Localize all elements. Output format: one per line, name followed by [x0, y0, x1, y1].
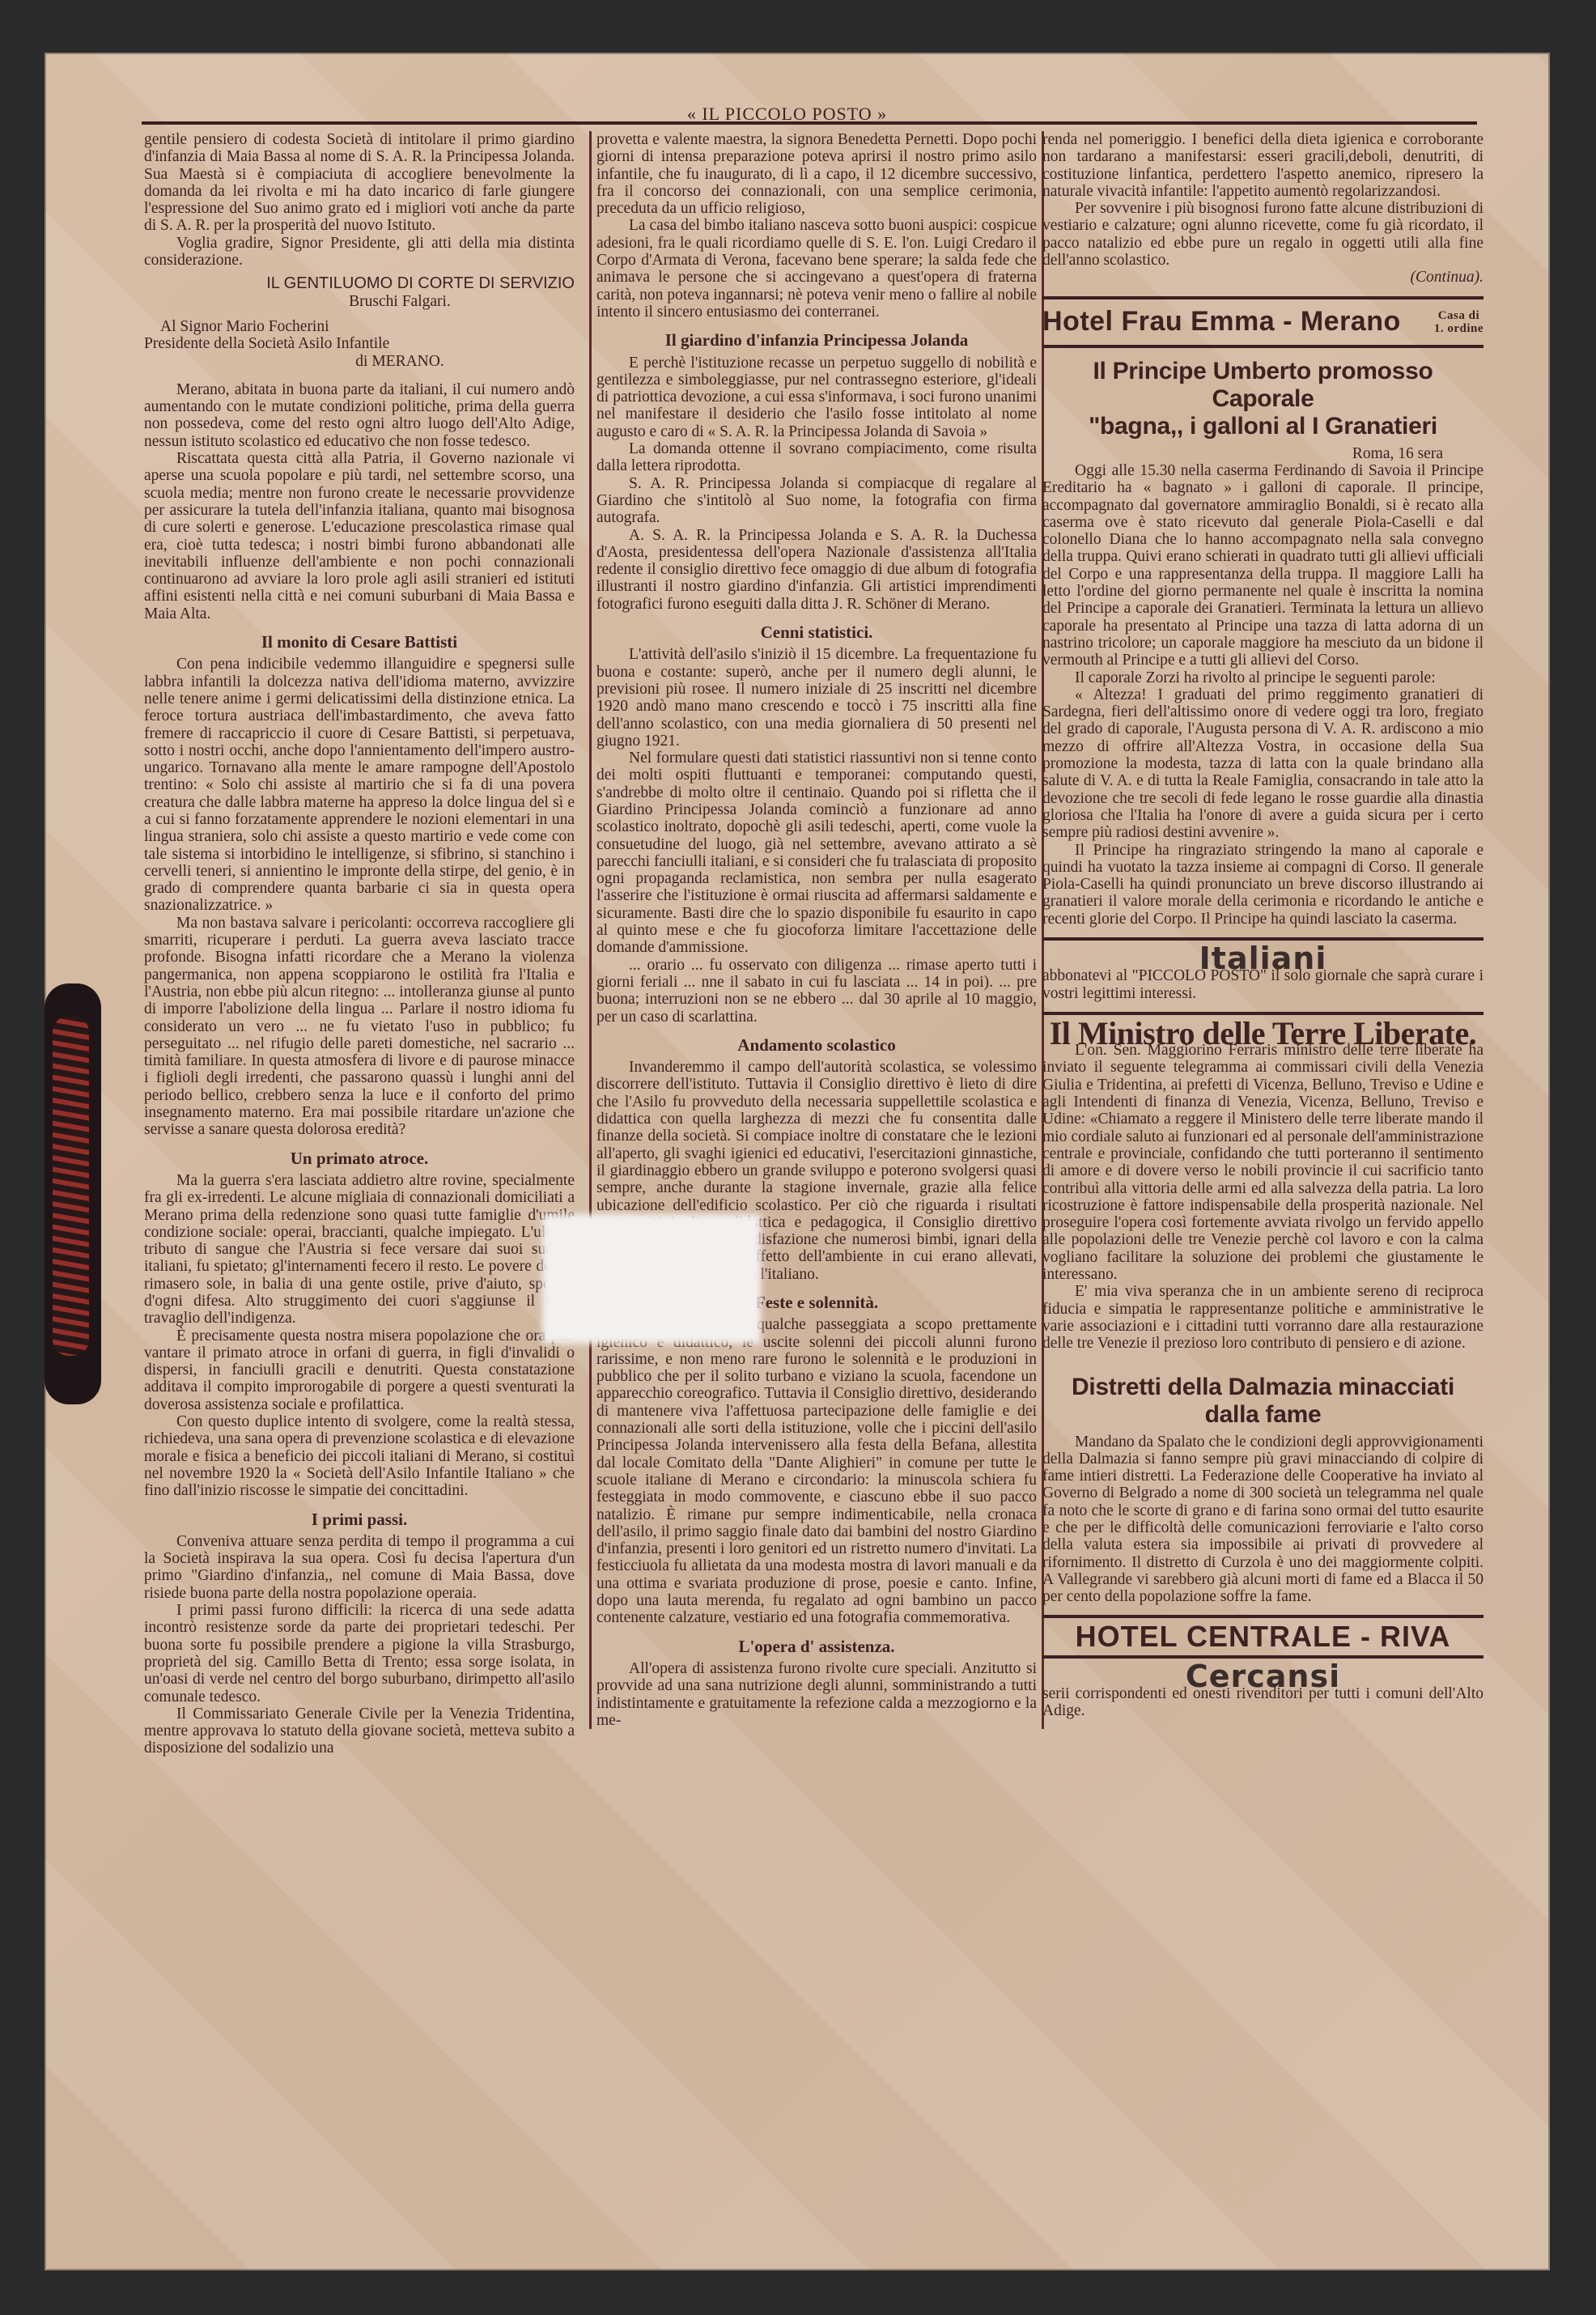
paragraph: All'opera di assistenza furono rivolte c… [596, 1660, 1037, 1729]
ad-cercansi-text: serii corrispondenti ed onesti rivendito… [1042, 1685, 1484, 1720]
paragraph: gentile pensiero di codesta Società di i… [144, 131, 575, 235]
paragraph: Voglia gradire, Signor Presidente, gli a… [144, 235, 575, 270]
addressee-line: Presidente della Società Asilo Infantile [144, 335, 575, 352]
paragraph: I primi passi furono difficili: la ricer… [144, 1602, 575, 1705]
section-heading: I primi passi. [144, 1511, 575, 1528]
paragraph: A prescindere da qualche passeggiata a s… [596, 1316, 1037, 1626]
paragraph: A. S. A. R. la Principessa Jolanda e S. … [596, 527, 1037, 613]
section-heading: L'opera d' assistenza. [596, 1638, 1037, 1655]
paragraph: È precisamente questa nostra misera popo… [144, 1327, 575, 1413]
paragraph: Con questo duplice intento di svolgere, … [144, 1413, 575, 1499]
paragraph: S. A. R. Principessa Jolanda si compiacq… [596, 475, 1037, 527]
top-rule [142, 121, 1477, 125]
paragraph: Il Commissariato Generale Civile per la … [144, 1705, 575, 1757]
paragraph: Il caporale Zorzi ha rivolto al principe… [1042, 669, 1484, 686]
paragraph: Nel formulare questi dati statistici ria… [596, 750, 1037, 957]
paragraph: Ma la guerra s'era lasciata addietro alt… [144, 1172, 575, 1327]
paragraph: Merano, abitata in buona parte da italia… [144, 381, 575, 450]
paragraph: E perchè l'istituzione recasse un perpet… [596, 355, 1037, 440]
ad-note: Casa di1. ordine [1434, 309, 1484, 335]
paragraph: E' mia viva speranza che in un ambiente … [1042, 1283, 1484, 1352]
paragraph: Ma non bastava salvare i pericolanti: oc… [144, 915, 575, 1139]
paragraph: L'on. Sen. Maggiorino Ferraris ministro … [1042, 1042, 1484, 1283]
article-headline: Il Ministro delle Terre Liberate. [1042, 1025, 1484, 1042]
column-1: gentile pensiero di codesta Società di i… [144, 131, 575, 1757]
addressee-line: di MERANO. [144, 353, 575, 370]
addressee-line: Al Signor Mario Focherini [144, 318, 575, 335]
ad-italiani-text: abbonatevi al "PICCOLO POSTO" il solo gi… [1042, 967, 1484, 1002]
paragraph: Il Principe ha ringraziato stringendo la… [1042, 842, 1484, 928]
section-heading: Il monito di Cesare Battisti [144, 634, 575, 651]
paragraph: Oggi alle 15.30 nella caserma Ferdinando… [1042, 462, 1484, 669]
divider [1042, 345, 1484, 348]
dateline: Roma, 16 sera [1042, 445, 1484, 462]
ad-hotel-centrale: HOTEL CENTRALE - RIVA [1042, 1628, 1484, 1645]
paragraph: L'attività dell'asilo s'iniziò il 15 dic… [596, 646, 1037, 750]
continued-marker: (Continua). [1042, 269, 1484, 286]
signature-name: Bruschi Falgari. [144, 293, 575, 310]
paragraph: provetta e valente maestra, la signora B… [596, 131, 1037, 217]
signature-title: IL GENTILUOMO DI CORTE DI SERVIZIO [144, 275, 575, 292]
divider [1042, 1615, 1484, 1618]
ad-title: Hotel Frau Emma - Merano [1042, 313, 1401, 330]
section-heading: Un primato atroce. [144, 1150, 575, 1167]
paragraph: La domanda ottenne il sovrano compiacime… [596, 440, 1037, 475]
section-heading: Cenni statistici. [596, 624, 1037, 641]
section-heading: Andamento scolastico [596, 1037, 1037, 1054]
redaction-patch [542, 1214, 761, 1344]
paragraph: renda nel pomeriggio. I benefici della d… [1042, 131, 1484, 200]
paragraph: « Altezza! I graduati del primo reggimen… [1042, 686, 1484, 842]
ad-cercansi-title: Cercansi [1042, 1668, 1484, 1685]
ad-hotel-frau-emma: Hotel Frau Emma - Merano Casa di1. ordin… [1042, 309, 1484, 335]
divider [1042, 296, 1484, 299]
paragraph: La casa del bimbo italiano nasceva sotto… [596, 217, 1037, 321]
paragraph: Con pena indicibile vedemmo illanguidire… [144, 656, 575, 914]
paragraph: Per sovvenire i più bisognosi furono fat… [1042, 200, 1484, 269]
ink-stain [45, 983, 101, 1404]
paragraph: Mandano da Spalato che le condizioni deg… [1042, 1434, 1484, 1606]
column-3: renda nel pomeriggio. I benefici della d… [1042, 131, 1484, 1720]
column-2: provetta e valente maestra, la signora B… [589, 131, 1044, 1729]
ad-italiani-title: Italiani [1042, 950, 1484, 967]
paragraph: Riscattata questa città alla Patria, il … [144, 450, 575, 622]
section-heading: Il giardino d'infanzia Principessa Jolan… [596, 332, 1037, 349]
paragraph: Conveniva attuare senza perdita di tempo… [144, 1533, 575, 1602]
paragraph: ... orario ... fu osservato con diligenz… [596, 957, 1037, 1026]
article-headline: Distretti della Dalmazia minacciati dall… [1042, 1374, 1484, 1429]
article-headline: Il Principe Umberto promosso Caporale "b… [1042, 358, 1484, 440]
